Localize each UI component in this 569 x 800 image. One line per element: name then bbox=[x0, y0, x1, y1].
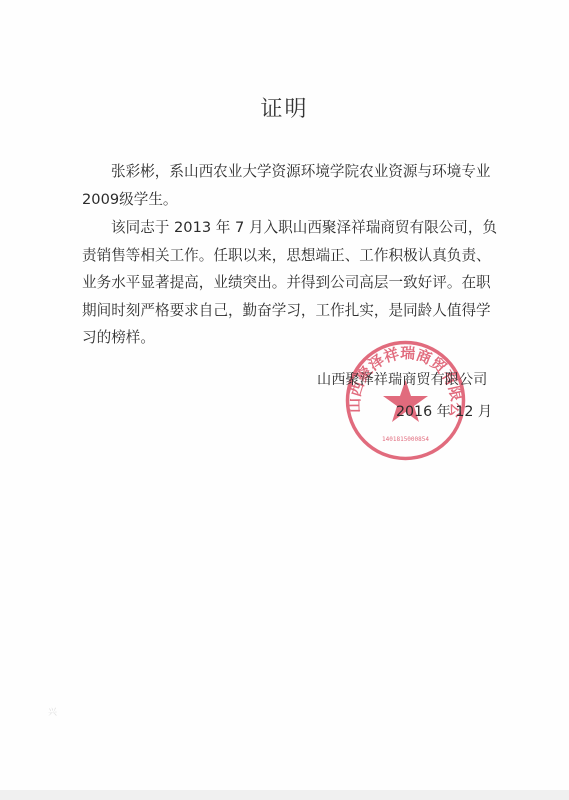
svg-text:1401815000854: 1401815000854 bbox=[382, 436, 429, 443]
margin-mark: 兴 bbox=[48, 705, 57, 718]
signature-company: 山西聚泽祥瑞商贸有限公司 bbox=[317, 369, 487, 389]
page-bottom-edge bbox=[0, 790, 569, 800]
document-page: 证明 张彩彬，系山西农业大学资源环境学院农业资源与环境专业2009级学生。 该同… bbox=[0, 0, 569, 800]
signature-date: 2016 年 12 月 bbox=[396, 401, 492, 421]
paragraph-employment: 该同志于 2013 年 7 月入职山西聚泽祥瑞商贸有限公司，负责销售等相关工作。… bbox=[82, 214, 502, 352]
paragraph-student-info: 张彩彬，系山西农业大学资源环境学院农业资源与环境专业2009级学生。 bbox=[82, 158, 502, 213]
document-title: 证明 bbox=[0, 92, 569, 123]
